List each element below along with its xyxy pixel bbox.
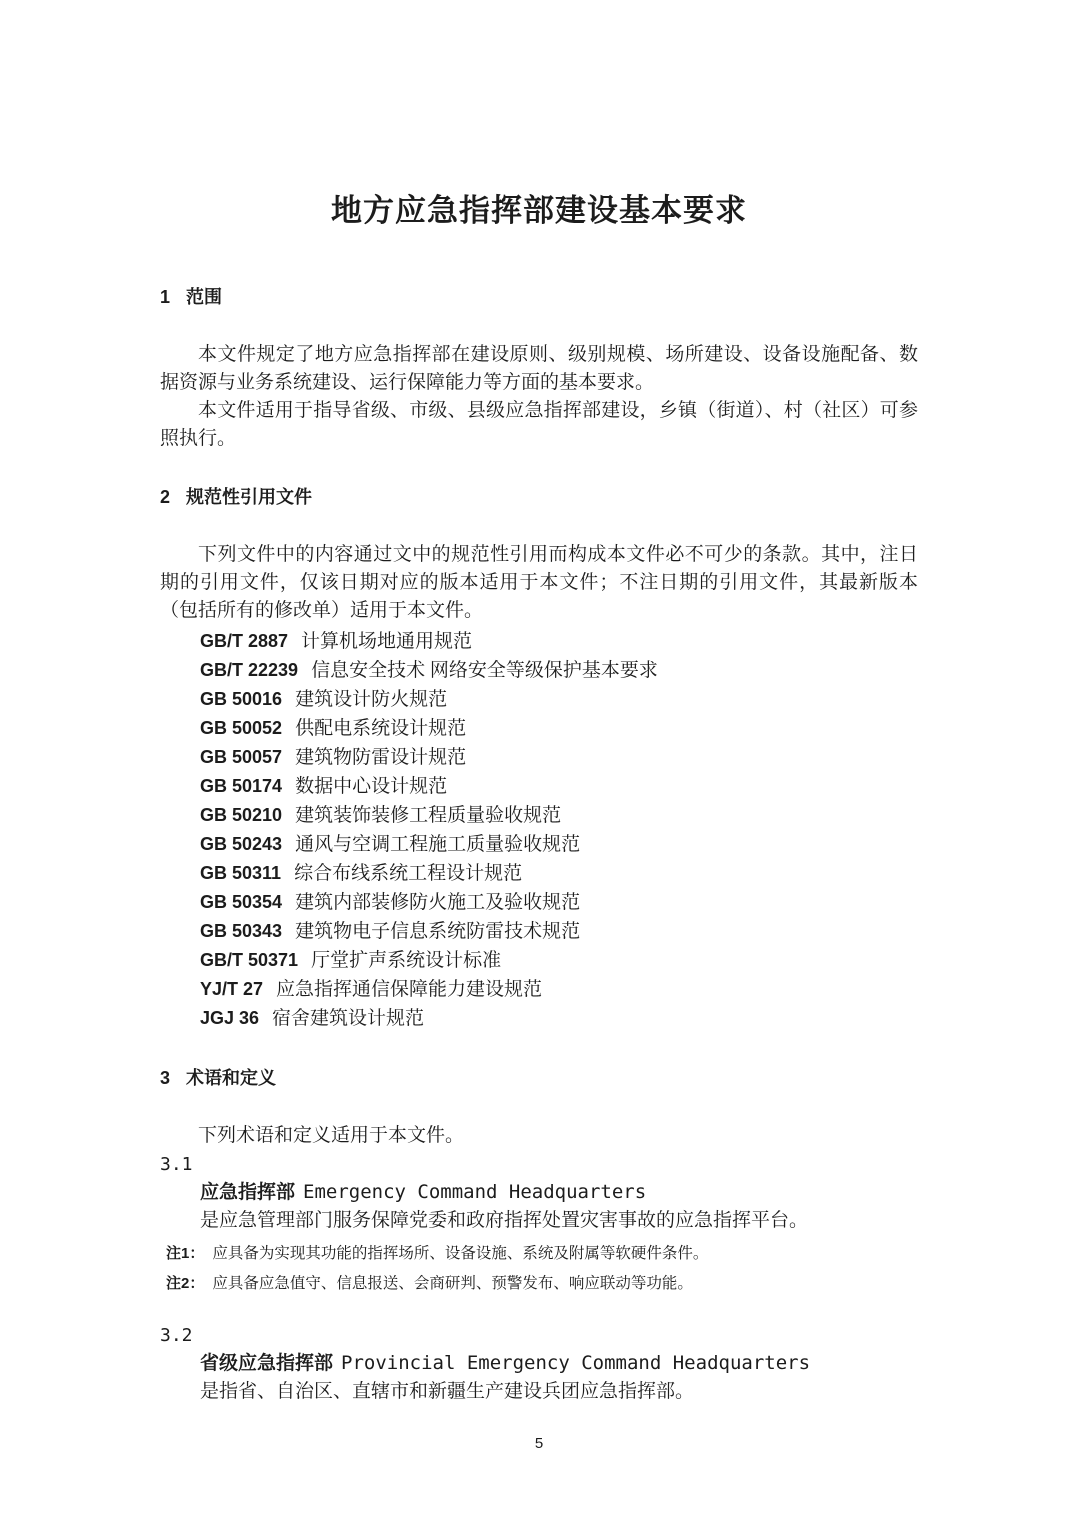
reference-title: 宿舍建筑设计规范 xyxy=(272,1008,424,1029)
reference-item: GB 50343建筑物电子信息系统防雷技术规范 xyxy=(160,917,918,946)
term-entry: 应急指挥部Emergency Command Headquarters xyxy=(160,1178,918,1207)
section-2-heading: 2规范性引用文件 xyxy=(160,485,918,509)
reference-code: GB 50052 xyxy=(200,718,282,738)
term-id-3-2: 3.2 xyxy=(160,1323,918,1349)
reference-title: 建筑物电子信息系统防雷技术规范 xyxy=(295,921,580,942)
reference-item: GB 50311综合布线系统工程设计规范 xyxy=(160,859,918,888)
reference-title: 建筑物防雷设计规范 xyxy=(295,747,466,768)
reference-item: JGJ 36宿舍建筑设计规范 xyxy=(160,1004,918,1033)
term-id-3-1: 3.1 xyxy=(160,1152,918,1178)
section-3-number: 3 xyxy=(160,1066,170,1090)
reference-title: 建筑内部装修防火施工及验收规范 xyxy=(295,892,580,913)
reference-code: GB 50210 xyxy=(200,805,282,825)
reference-code: GB/T 50371 xyxy=(200,950,298,970)
scope-paragraph-1: 本文件规定了地方应急指挥部在建设原则、级别规模、场所建设、设备设施配备、数据资源… xyxy=(160,341,918,397)
term-zh: 应急指挥部 xyxy=(200,1182,295,1203)
reference-code: GB/T 22239 xyxy=(200,660,298,680)
note-label: 注1： xyxy=(166,1245,204,1262)
note-item: 注2：应具备应急值守、信息报送、会商研判、预警发布、响应联动等功能。 xyxy=(160,1269,918,1299)
term-zh: 省级应急指挥部 xyxy=(200,1353,333,1374)
reference-item: GB/T 22239信息安全技术 网络安全等级保护基本要求 xyxy=(160,656,918,685)
terms-intro: 下列术语和定义适用于本文件。 xyxy=(160,1122,918,1150)
reference-code: GB 50354 xyxy=(200,892,282,912)
note-label: 注2： xyxy=(166,1275,204,1292)
reference-item: GB 50354建筑内部装修防火施工及验收规范 xyxy=(160,888,918,917)
reference-title: 计算机场地通用规范 xyxy=(301,631,472,652)
note-item: 注1：应具备为实现其功能的指挥场所、设备设施、系统及附属等软硬件条件。 xyxy=(160,1239,918,1269)
section-2-number: 2 xyxy=(160,485,170,509)
reference-item: GB 50174数据中心设计规范 xyxy=(160,772,918,801)
normative-references-list: GB/T 2887计算机场地通用规范 GB/T 22239信息安全技术 网络安全… xyxy=(160,627,918,1033)
reference-code: JGJ 36 xyxy=(200,1008,259,1028)
term-definition: 是指省、自治区、直辖市和新疆生产建设兵团应急指挥部。 xyxy=(160,1378,918,1406)
section-1-number: 1 xyxy=(160,285,170,309)
reference-title: 应急指挥通信保障能力建设规范 xyxy=(276,979,542,1000)
section-2-title: 规范性引用文件 xyxy=(186,487,312,507)
reference-item: GB/T 50371厅堂扩声系统设计标准 xyxy=(160,946,918,975)
reference-item: GB 50052供配电系统设计规范 xyxy=(160,714,918,743)
page-number: 5 xyxy=(160,1434,918,1454)
reference-code: GB 50174 xyxy=(200,776,282,796)
reference-title: 信息安全技术 网络安全等级保护基本要求 xyxy=(311,660,658,681)
term-en: Emergency Command Headquarters xyxy=(303,1181,646,1203)
reference-title: 数据中心设计规范 xyxy=(295,776,447,797)
reference-code: GB 50311 xyxy=(200,863,281,883)
note-text: 应具备为实现其功能的指挥场所、设备设施、系统及附属等软硬件条件。 xyxy=(212,1245,708,1262)
reference-title: 综合布线系统工程设计规范 xyxy=(294,863,522,884)
reference-code: GB 50057 xyxy=(200,747,282,767)
document-title: 地方应急指挥部建设基本要求 xyxy=(160,193,918,229)
reference-item: GB 50016建筑设计防火规范 xyxy=(160,685,918,714)
reference-code: GB 50343 xyxy=(200,921,282,941)
section-1-title: 范围 xyxy=(186,287,222,307)
document-page: 地方应急指挥部建设基本要求 1范围 本文件规定了地方应急指挥部在建设原则、级别规… xyxy=(0,0,1080,1526)
section-1-heading: 1范围 xyxy=(160,285,918,309)
reference-code: GB 50016 xyxy=(200,689,282,709)
reference-code: YJ/T 27 xyxy=(200,979,263,999)
document-content: 地方应急指挥部建设基本要求 1范围 本文件规定了地方应急指挥部在建设原则、级别规… xyxy=(0,193,1080,1454)
references-intro: 下列文件中的内容通过文中的规范性引用而构成本文件必不可少的条款。其中，注日期的引… xyxy=(160,541,918,625)
note-text: 应具备应急值守、信息报送、会商研判、预警发布、响应联动等功能。 xyxy=(212,1275,693,1292)
reference-title: 通风与空调工程施工质量验收规范 xyxy=(295,834,580,855)
section-3-heading: 3术语和定义 xyxy=(160,1066,918,1090)
term-entry: 省级应急指挥部Provincial Emergency Command Head… xyxy=(160,1349,918,1378)
reference-code: GB 50243 xyxy=(200,834,282,854)
reference-title: 建筑装饰装修工程质量验收规范 xyxy=(295,805,561,826)
reference-title: 供配电系统设计规范 xyxy=(295,718,466,739)
reference-title: 厅堂扩声系统设计标准 xyxy=(311,950,501,971)
reference-item: GB/T 2887计算机场地通用规范 xyxy=(160,627,918,656)
term-en: Provincial Emergency Command Headquarter… xyxy=(341,1352,810,1374)
term-notes: 注1：应具备为实现其功能的指挥场所、设备设施、系统及附属等软硬件条件。 注2：应… xyxy=(160,1239,918,1299)
term-definition: 是应急管理部门服务保障党委和政府指挥处置灾害事故的应急指挥平台。 xyxy=(160,1207,918,1235)
reference-code: GB/T 2887 xyxy=(200,631,288,651)
reference-item: GB 50057建筑物防雷设计规范 xyxy=(160,743,918,772)
section-3-title: 术语和定义 xyxy=(186,1068,276,1088)
scope-paragraph-2: 本文件适用于指导省级、市级、县级应急指挥部建设，乡镇（街道）、村（社区）可参照执… xyxy=(160,397,918,453)
reference-item: GB 50210建筑装饰装修工程质量验收规范 xyxy=(160,801,918,830)
reference-title: 建筑设计防火规范 xyxy=(295,689,447,710)
reference-item: YJ/T 27应急指挥通信保障能力建设规范 xyxy=(160,975,918,1004)
reference-item: GB 50243通风与空调工程施工质量验收规范 xyxy=(160,830,918,859)
